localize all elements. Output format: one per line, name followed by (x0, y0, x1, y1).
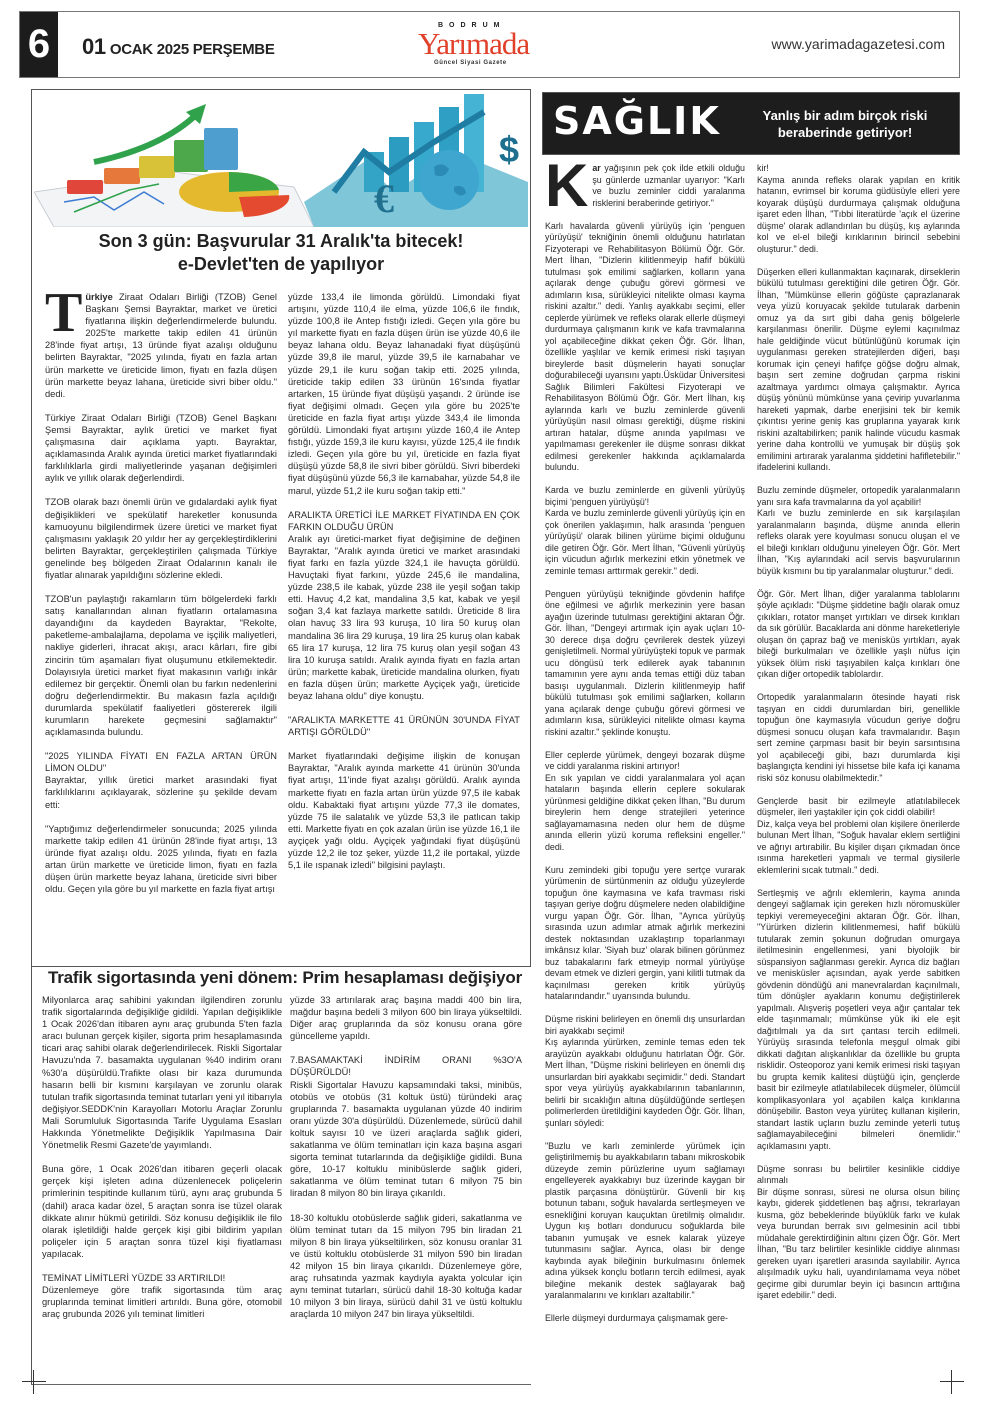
paragraph: Gençlerde basit bir ezilmeyle atlatılabi… (757, 796, 960, 877)
health-column-1: Kar yağışının pek çok ilde etkili olduğu… (545, 163, 745, 1336)
subheading: 7.BASAMAKTAKİ İNDİRİM ORANI %3O'A DÜŞÜRÜ… (290, 1054, 522, 1078)
paragraph: Düşme riskini belirleyen en önemli dış u… (545, 1014, 745, 1129)
subheading: "2025 YILINDA FİYATI EN FAZLA ARTAN ÜRÜN… (45, 750, 277, 774)
svg-text:€: € (374, 176, 394, 221)
paragraph: Buna göre, 1 Ocak 2026'dan itibaren geçe… (42, 1163, 282, 1260)
paragraph: Milyonlarca araç sahibini yakından ilgil… (42, 994, 282, 1151)
paragraph: yüzde 33 artırılarak araç başına maddi 4… (290, 994, 522, 1042)
newspaper-logo: BODRUM Yarımada Güncel Siyasi Gazete (418, 22, 518, 68)
section-title: SAĞLIK (553, 99, 721, 143)
crop-mark (940, 1370, 964, 1394)
finance-charts-icon: € $ (34, 92, 528, 227)
paragraph: Ellerle düşmeyi durdurmaya çalışmamak ge… (545, 1313, 745, 1325)
subheading: "ARALIKTA MARKETTE 41 ÜRÜNÜN 30'UNDA FİY… (288, 714, 520, 738)
headline-line-2: e-Devlet'ten de yapılıyor (32, 253, 530, 276)
article-traffic-insurance: Trafik sigortasında yeni dönem: Prim hes… (31, 967, 531, 1385)
headline-line-1: Son 3 gün: Başvurular 31 Aralık'ta bitec… (32, 230, 530, 253)
subheading: TEMİNAT LİMİTLERİ YÜZDE 33 ARTIRILDI! (42, 1272, 282, 1284)
date-day: 01 (82, 34, 106, 59)
paragraph: Düzenlemeye göre trafik sigortasında tüm… (42, 1284, 282, 1320)
article-column-2: yüzde 133,4 ile limonda görüldü. Limonda… (288, 291, 520, 883)
date-month-year-weekday: OCAK 2025 PERŞEMBE (110, 41, 275, 58)
article-agriculture-prices: € $ Son 3 gün: Başvurular 31 Aralık'ta b… (31, 89, 531, 967)
logo-main-text: Yarımada (418, 26, 529, 62)
paragraph: TZOB'un paylaştığı rakamların tüm bölgel… (45, 593, 277, 738)
paragraph: Kuru zemindeki gibi topuğu yere sertçe v… (545, 865, 745, 1003)
paragraph: Kar yağışının pek çok ilde etkili olduğu… (545, 163, 745, 209)
article-column-1: Milyonlarca araç sahibini yakından ilgil… (42, 994, 282, 1332)
paragraph: 18-30 koltuklu otobüslerde sağlık gideri… (290, 1212, 522, 1321)
health-column-2: kir! Kayma anında refleks olarak yapılan… (757, 163, 960, 1313)
paragraph: "Yaptığımız değerlendirmeler sonucunda; … (45, 823, 277, 896)
paragraph: Karda ve buzlu zeminlerde en güvenli yür… (545, 485, 745, 577)
paragraph: "Buzlu ve karlı zeminlerde yürümek için … (545, 1141, 745, 1302)
dropcap: T (45, 291, 82, 335)
bottom-rule (31, 1384, 531, 1385)
finance-illustration: € $ (34, 92, 528, 227)
article-column-2: yüzde 33 artırılarak araç başına maddi 4… (290, 994, 522, 1332)
paragraph: TZOB olarak bazı önemli ürün ve gıdalard… (45, 496, 277, 581)
issue-date: 01OCAK 2025 PERŞEMBE (82, 34, 275, 60)
paragraph: Bayraktar, yıllık üretici market arasınd… (45, 774, 277, 810)
website-url: www.yarimadagazetesi.com (771, 36, 945, 52)
paragraph: Riskli Sigortalar Havuzu kapsamındaki ta… (290, 1079, 522, 1200)
paragraph: Öğr. Gör. Mert İlhan, diğer yaralanma ta… (757, 589, 960, 681)
dropcap: K (545, 163, 588, 209)
paragraph: yüzde 133,4 ile limonda görüldü. Limonda… (288, 291, 520, 497)
subheading: ARALIKTA ÜRETİCİ İLE MARKET FİYATINDA EN… (288, 509, 520, 533)
paragraph: Düşerken elleri kullanmaktan kaçınarak, … (757, 267, 960, 474)
article-headline: Son 3 gün: Başvurular 31 Aralık'ta bitec… (32, 230, 530, 276)
health-section-banner: SAĞLIK Yanlış bir adım birçok riski bera… (542, 92, 960, 155)
paragraph: Penguen yürüyüşü tekniğinde gövdenin haf… (545, 589, 745, 739)
paragraph: Ortopedik yaralanmaların ötesinde hayati… (757, 692, 960, 784)
article-headline: Trafik sigortasında yeni dönem: Prim hes… (48, 968, 522, 988)
page-number: 6 (20, 12, 58, 77)
paragraph: Düşme sonrası bu belirtiler kesinlikle c… (757, 1164, 960, 1302)
paragraph: Türkiye Ziraat Odaları Birliği (TZOB) Ge… (45, 291, 277, 400)
paragraph: kir! Kayma anında refleks olarak yapılan… (757, 163, 960, 255)
paragraph: Karlı havalarda güvenli yürüyüş için 'pe… (545, 221, 745, 474)
crop-mark (22, 1370, 46, 1394)
paragraph: Eller ceplerde yürümek, dengeyi bozarak … (545, 750, 745, 854)
section-tagline: Yanlış bir adım birçok riski beraberinde… (745, 107, 945, 141)
paragraph: Market fiyatlarındaki değişime ilişkin d… (288, 750, 520, 871)
paragraph: Aralık ayı üretici-market fiyat değişimi… (288, 533, 520, 702)
svg-text:$: $ (499, 129, 519, 170)
paragraph: Türkiye Ziraat Odaları Birliği (TZOB) Ge… (45, 412, 277, 485)
page-header: 6 01OCAK 2025 PERŞEMBE BODRUM Yarımada G… (19, 11, 960, 78)
logo-tagline: Güncel Siyasi Gazete (434, 60, 507, 66)
paragraph: Buzlu zeminde düşmeler, ortopedik yarala… (757, 485, 960, 577)
paragraph: Sertleşmiş ve ağrılı eklemlerin, kayma a… (757, 888, 960, 1153)
article-column-1: Türkiye Ziraat Odaları Birliği (TZOB) Ge… (45, 291, 277, 907)
